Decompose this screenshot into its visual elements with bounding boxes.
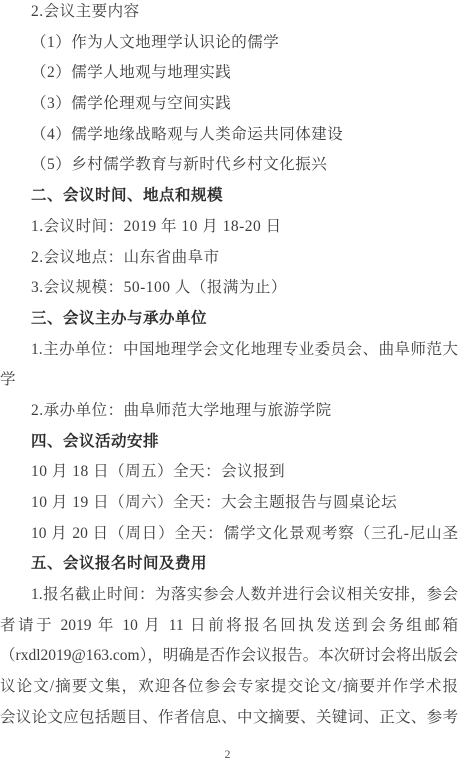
section-heading-schedule: 四、会议活动安排	[0, 427, 461, 458]
schedule-oct18: 10 月 18 日（周五）全天：会议报到	[0, 457, 461, 488]
topic-item-4: （4）儒学地缘战略观与人类命运共同体建设	[0, 120, 461, 151]
section-heading-organizers: 三、会议主办与承办单位	[0, 304, 461, 335]
registration-para-line-2: 者请于 2019 年 10 月 11 日前将报名回执发送到会务组邮箱	[0, 611, 461, 642]
meeting-time: 1.会议时间：2019 年 10 月 18-20 日	[0, 212, 461, 243]
topic-item-1: （1）作为人文地理学认识论的儒学	[0, 28, 461, 59]
organizer-unit: 2.承办单位：曲阜师范大学地理与旅游学院	[0, 396, 461, 427]
registration-para-line-3: （rxdl2019@163.com），明确是否作会议报告。本次研讨会将出版会	[0, 641, 461, 672]
registration-para-line-5: 会议论文应包括题目、作者信息、中文摘要、关键词、正文、参考	[0, 703, 461, 734]
section-heading-time-place-scale: 二、会议时间、地点和规模	[0, 181, 461, 212]
host-unit-line-2: 学	[0, 365, 461, 396]
topic-content-title: 2.会议主要内容	[0, 0, 461, 28]
section-heading-registration: 五、会议报名时间及费用	[0, 549, 461, 580]
topic-item-2: （2）儒学人地观与地理实践	[0, 58, 461, 89]
registration-para-line-1: 1.报名截止时间：为落实参会人数并进行会议相关安排，参会	[0, 580, 461, 611]
topic-item-3: （3）儒学伦理观与空间实践	[0, 89, 461, 120]
schedule-oct20: 10 月 20 日（周日）全天：儒学文化景观考察（三孔-尼山圣境）	[0, 519, 461, 550]
meeting-place: 2.会议地点：山东省曲阜市	[0, 243, 461, 274]
schedule-oct19: 10 月 19 日（周六）全天：大会主题报告与圆桌论坛	[0, 488, 461, 519]
document-page: 2.会议主要内容 （1）作为人文地理学认识论的儒学 （2）儒学人地观与地理实践 …	[0, 0, 461, 768]
page-number: 2	[0, 746, 455, 762]
host-unit-line-1: 1.主办单位：中国地理学会文化地理专业委员会、曲阜师范大	[0, 335, 461, 366]
document-body: 2.会议主要内容 （1）作为人文地理学认识论的儒学 （2）儒学人地观与地理实践 …	[0, 0, 461, 734]
meeting-scale: 3.会议规模：50-100 人（报满为止）	[0, 273, 461, 304]
registration-para-line-4: 议论文/摘要文集，欢迎各位参会专家提交论文/摘要并作学术报告。	[0, 672, 461, 703]
topic-item-5: （5）乡村儒学教育与新时代乡村文化振兴	[0, 150, 461, 181]
